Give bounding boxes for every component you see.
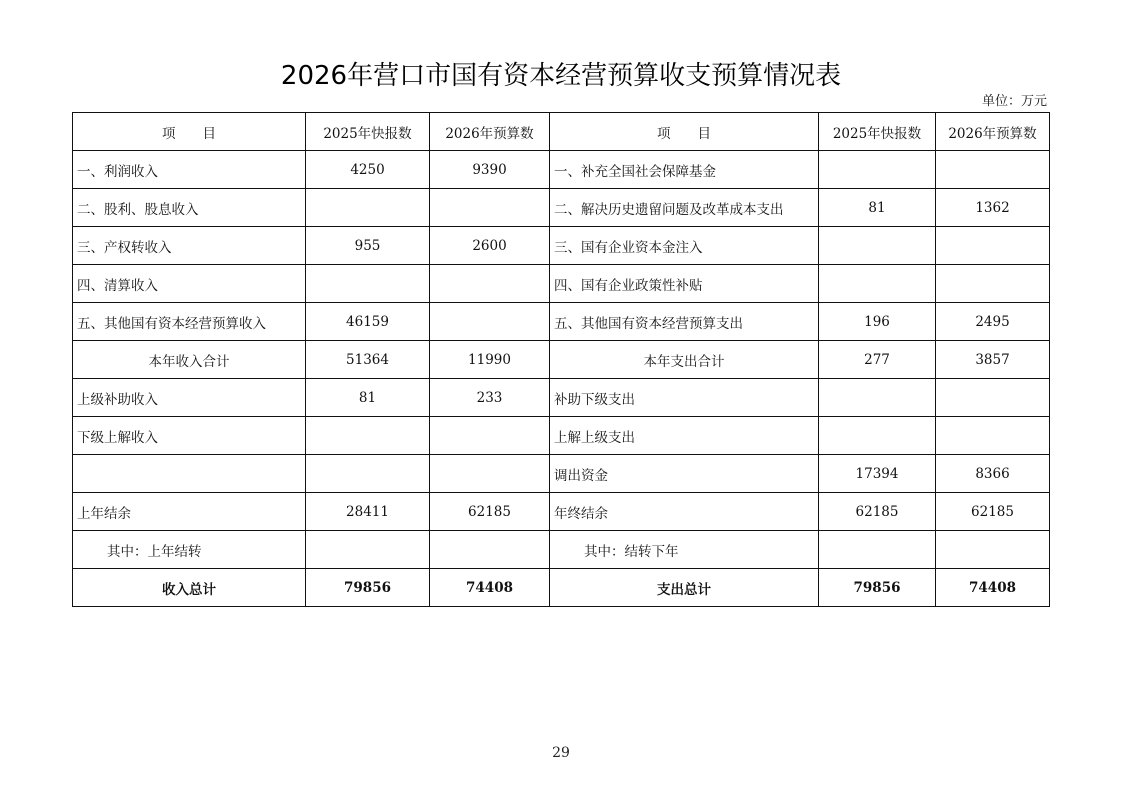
expense-2025 [819,379,936,417]
expense-2026: 1362 [936,189,1050,227]
income-item: 二、股利、股息收入 [73,189,306,227]
expense-2026 [936,151,1050,189]
income-2025 [306,417,430,455]
expense-item: 年终结余 [550,493,819,531]
income-2025 [306,455,430,493]
income-item: 上级补助收入 [73,379,306,417]
expense-total-2025: 79856 [819,569,936,607]
expense-item: 五、其他国有资本经营预算支出 [550,303,819,341]
expense-total-label: 支出总计 [550,569,819,607]
header-left-2025: 2025年快报数 [306,113,430,151]
expense-2026 [936,379,1050,417]
income-2026 [430,303,550,341]
expense-2025: 81 [819,189,936,227]
expense-2026 [936,227,1050,265]
income-2026 [430,417,550,455]
expense-total-2026: 74408 [936,569,1050,607]
table-row: 上年结余 28411 62185 年终结余 62185 62185 [73,493,1050,531]
expense-2026: 8366 [936,455,1050,493]
expense-item: 二、解决历史遗留问题及改革成本支出 [550,189,819,227]
expense-2025 [819,531,936,569]
expense-2025 [819,417,936,455]
expense-2025: 277 [819,341,936,379]
expense-2026: 3857 [936,341,1050,379]
expense-item: 四、国有企业政策性补贴 [550,265,819,303]
table-row: 其中：上年结转 其中：结转下年 [73,531,1050,569]
income-2025 [306,531,430,569]
expense-2026 [936,531,1050,569]
header-right-2025: 2025年快报数 [819,113,936,151]
income-item [73,455,306,493]
expense-item: 上解上级支出 [550,417,819,455]
expense-2026 [936,417,1050,455]
expense-subtotal-label: 本年支出合计 [550,341,819,379]
expense-item: 三、国有企业资本金注入 [550,227,819,265]
income-item: 一、利润收入 [73,151,306,189]
expense-2025 [819,151,936,189]
table-row: 五、其他国有资本经营预算收入 46159 五、其他国有资本经营预算支出 196 … [73,303,1050,341]
header-left-item: 项 目 [73,113,306,151]
income-2026: 233 [430,379,550,417]
income-2025: 46159 [306,303,430,341]
table-row: 二、股利、股息收入 二、解决历史遗留问题及改革成本支出 81 1362 [73,189,1050,227]
budget-table: 项 目 2025年快报数 2026年预算数 项 目 2025年快报数 2026年… [72,112,1050,607]
page-number: 29 [0,745,1122,761]
table-row: 下级上解收入 上解上级支出 [73,417,1050,455]
document-title: 2026年营口市国有资本经营预算收支预算情况表 [0,55,1122,92]
expense-2025: 17394 [819,455,936,493]
table-row: 上级补助收入 81 233 补助下级支出 [73,379,1050,417]
header-left-2026: 2026年预算数 [430,113,550,151]
income-2026 [430,531,550,569]
expense-item: 补助下级支出 [550,379,819,417]
income-2025: 81 [306,379,430,417]
income-2025: 51364 [306,341,430,379]
income-2025: 4250 [306,151,430,189]
grand-total-row: 收入总计 79856 74408 支出总计 79856 74408 [73,569,1050,607]
income-2026: 2600 [430,227,550,265]
unit-label: 单位：万元 [982,90,1047,109]
expense-2025: 196 [819,303,936,341]
income-item: 上年结余 [73,493,306,531]
income-2026: 11990 [430,341,550,379]
income-2026 [430,455,550,493]
income-total-2025: 79856 [306,569,430,607]
income-item: 五、其他国有资本经营预算收入 [73,303,306,341]
income-2026 [430,265,550,303]
income-2025 [306,265,430,303]
income-2025: 955 [306,227,430,265]
table-row: 三、产权转收入 955 2600 三、国有企业资本金注入 [73,227,1050,265]
income-total-label: 收入总计 [73,569,306,607]
expense-item: 一、补充全国社会保障基金 [550,151,819,189]
table-row: 调出资金 17394 8366 [73,455,1050,493]
expense-2025: 62185 [819,493,936,531]
income-2026: 9390 [430,151,550,189]
header-right-2026: 2026年预算数 [936,113,1050,151]
header-right-item: 项 目 [550,113,819,151]
expense-item: 其中：结转下年 [550,531,819,569]
income-item: 下级上解收入 [73,417,306,455]
subtotal-row: 本年收入合计 51364 11990 本年支出合计 277 3857 [73,341,1050,379]
expense-2026: 2495 [936,303,1050,341]
income-item: 四、清算收入 [73,265,306,303]
income-2025: 28411 [306,493,430,531]
expense-2026 [936,265,1050,303]
expense-2026: 62185 [936,493,1050,531]
expense-item: 调出资金 [550,455,819,493]
income-total-2026: 74408 [430,569,550,607]
table-header-row: 项 目 2025年快报数 2026年预算数 项 目 2025年快报数 2026年… [73,113,1050,151]
income-item: 三、产权转收入 [73,227,306,265]
income-2026 [430,189,550,227]
income-2025 [306,189,430,227]
income-2026: 62185 [430,493,550,531]
income-subtotal-label: 本年收入合计 [73,341,306,379]
table-row: 一、利润收入 4250 9390 一、补充全国社会保障基金 [73,151,1050,189]
expense-2025 [819,227,936,265]
expense-2025 [819,265,936,303]
income-item: 其中：上年结转 [73,531,306,569]
table-row: 四、清算收入 四、国有企业政策性补贴 [73,265,1050,303]
